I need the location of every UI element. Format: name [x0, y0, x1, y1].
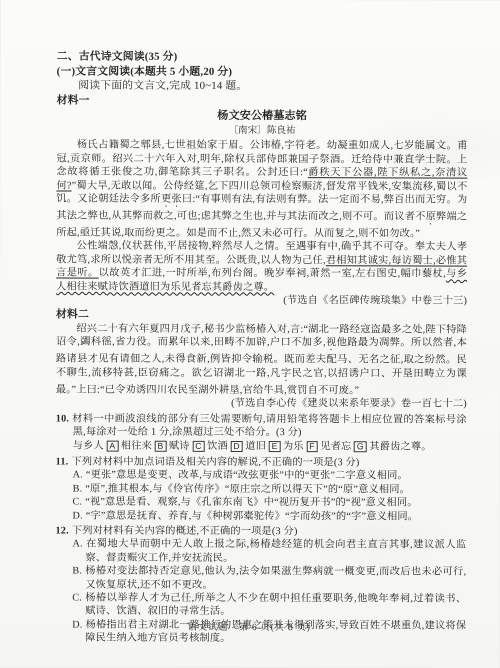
- option-label: C.: [73, 497, 86, 508]
- sentence-break-marker: A: [106, 441, 118, 453]
- sentence-break-marker: G: [354, 441, 367, 453]
- option-label: C.: [72, 592, 85, 603]
- material-1-label: 材料一: [57, 93, 468, 109]
- question-11-number: 11.: [56, 456, 72, 467]
- material-2-paragraph: 绍兴二十有六年夏四月戊子,秘书少监杨椿入对,言:“湖北一路经寇盗最多之处,陛下特…: [56, 323, 467, 398]
- sentence-break-marker: D: [230, 441, 242, 453]
- option-11-a: A.“更张”意思是变更、改革,与成语“改弦更张”中的“更张”二字意义相同。: [73, 469, 467, 483]
- passage-author: 〔南宋〕陈良祐: [57, 124, 468, 138]
- material-1: 材料一 杨文安公椿墓志铭 〔南宋〕陈良祐 杨氏占籍蜀之郫县,七世祖始家于眉。公讳…: [56, 93, 468, 308]
- option-11-d: D.“字”意思是抚育、养育,与《种树郭橐驼传》“字而幼孩”的“字”意义相同。: [73, 509, 467, 523]
- text-segment: 与乡人: [73, 441, 104, 452]
- material-1-citation: (节选自《名臣碑传琬琰集》中卷三十三): [56, 294, 467, 308]
- option-text: 杨椿以举荐人才为己任,所举之人不少在朝中担任重要职务,他晚年奉祠,过着读书、赋诗…: [85, 593, 466, 618]
- sentence-break-marker: C: [192, 441, 204, 453]
- option-text: “更张”意思是变更、改革,与成语“改弦更张”中的“更张”二字意义相同。: [86, 470, 408, 482]
- section-heading: 二、古代诗文阅读(35 分): [57, 49, 468, 65]
- material-2: 材料二 绍兴二十有六年夏四月戊子,秘书少监杨椿入对,言:“湖北一路经寇盗最多之处…: [56, 308, 467, 411]
- material-2-citation: (节选自李心传《建炎以来系年要录》卷一百七十二): [56, 397, 467, 411]
- text-segment: 道旧: [245, 441, 266, 452]
- sentence-break-marker: E: [269, 441, 281, 453]
- option-label: B.: [72, 566, 85, 577]
- page-footer: 语文试题 第 6 页(共 8 页): [0, 618, 499, 633]
- sentence-break-marker: B: [154, 441, 166, 453]
- option-12-c: C.杨椿以举荐人才为己任,所举之人不少在朝中担任重要职务,他晚年奉祠,过着读书、…: [72, 591, 466, 619]
- text-segment: 相往来: [121, 441, 152, 452]
- text-segment: 为乐: [283, 442, 304, 453]
- option-label: B.: [73, 483, 86, 494]
- question-12-number: 12.: [55, 525, 71, 536]
- question-10-number: 10.: [56, 413, 72, 424]
- material-1-paragraph-1: 杨氏占籍蜀之郫县,七世祖始家于眉。公讳椿,字符老。幼凝重如成人,七岁能属文。甫冠…: [56, 139, 467, 241]
- option-text: 杨椿对变法都持否定意见,他认为,法令如果滋生弊病就一概变更,而改后也未必可行,又…: [85, 566, 466, 591]
- text-segment: 视: [326, 338, 337, 349]
- option-11-b: B.“原”,推其根本,与《伶官传序》“原庄宗之所以得天下”的“原”意义相同。: [73, 482, 467, 496]
- question-10: 10.材料一中画波浪线的部分有三处需要断句,请用铅笔将答题卡上相应位置的答案标号…: [56, 412, 467, 454]
- question-10-stem: 材料一中画波浪线的部分有三处需要断句,请用铅笔将答题卡上相应位置的答案标号涂黑,…: [72, 413, 467, 438]
- question-11-stem: 下列对材料中加点词语及相关内容的解说,不正确的一项是(3 分): [71, 456, 359, 468]
- text-segment: 赋诗: [169, 441, 190, 452]
- text-segment: 以故英才汇进,一时所举,布列台阁。晚岁奉祠,萧然一室,左右图史,幅巾藜杖,: [99, 268, 446, 280]
- question-10-sentence: 与乡人A相往来B赋诗C饮酒D道旧E为乐F见者忘G其爵齿之尊。: [73, 440, 467, 454]
- question-12-stem: 下列对材料有关内容的概述,不正确的一项是(3 分): [72, 525, 298, 537]
- exam-paper-page: 二、古代诗文阅读(35 分) (一)文言文阅读(本题共 5 小题,20 分) 阅…: [0, 0, 500, 668]
- material-2-label: 材料二: [56, 308, 467, 324]
- option-12-b: B.杨椿对变法都持否定意见,他认为,法令如果滋生弊病就一概变更,而改后也未必可行…: [72, 565, 466, 593]
- passage-title: 杨文安公椿墓志铭: [57, 109, 468, 125]
- option-11-c: C.“视”意思是看、观察,与《孔雀东南飞》中“视历复开书”的“视”意义相同。: [73, 496, 467, 510]
- question-11: 11.下列对材料中加点词语及相关内容的解说,不正确的一项是(3 分) A.“更张…: [56, 455, 467, 523]
- text-segment: 字: [281, 368, 292, 379]
- text-segment: 原: [426, 211, 436, 222]
- option-text: 在蜀地大旱而朝中无人敢上报之际,杨椿趁经筵的机会向君主直言其事,建议派人监察、督…: [85, 539, 466, 564]
- option-label: A.: [73, 470, 86, 481]
- option-text: “视”意思是看、观察,与《孔雀东南飞》中“视历复开书”的“视”意义相同。: [85, 497, 417, 509]
- option-label: D.: [73, 510, 86, 521]
- material-1-paragraph-2: 公性端愨,仪状甚伟,平居接物,粹然尽人之情。至遇事有中,确乎其不可夺。奉太夫人孝…: [56, 240, 467, 295]
- sentence-break-marker: F: [306, 441, 317, 453]
- text-segment: 更张: [161, 194, 182, 205]
- option-text: “字”意思是抚育、养育,与《种树郭橐驼传》“字而幼孩”的“字”意义相同。: [86, 510, 418, 522]
- reading-instruction: 阅读下面的文言文,完成 10~14 题。: [57, 79, 468, 95]
- text-segment: 见者忘: [320, 442, 351, 453]
- section-subheading: (一)文言文阅读(本题共 5 小题,20 分): [57, 64, 468, 80]
- option-12-a: A.在蜀地大旱而朝中无人敢上报之际,杨椿趁经筵的机会向君主直言其事,建议派人监察…: [72, 538, 466, 566]
- option-text: “原”,推其根本,与《伶官传序》“原庄宗之所以得天下”的“原”意义相同。: [85, 483, 410, 495]
- option-label: A.: [72, 539, 85, 550]
- text-segment: 其爵齿之尊。: [369, 442, 431, 453]
- text-segment: 饮酒: [207, 441, 228, 452]
